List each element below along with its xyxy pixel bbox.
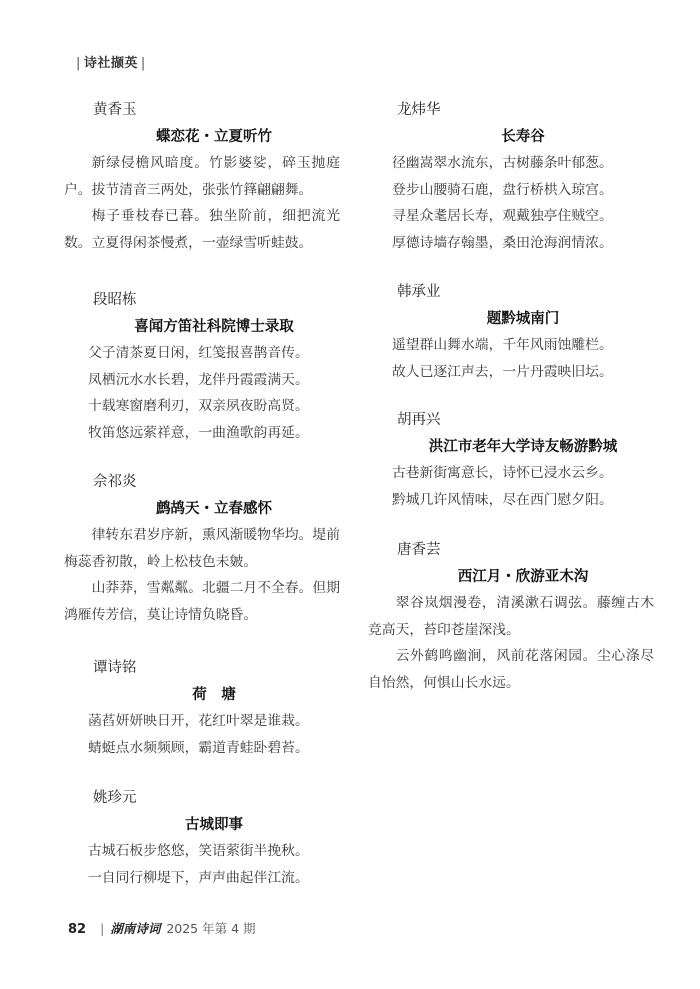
poem: 谭诗铭 荷 塘 菡萏妍妍映日开，花红叶翠是谁栽。 蜻蜓点水频频顾，霸道青蛙卧碧苔… (88, 654, 340, 784)
divider: | (100, 921, 104, 936)
poem-author: 龙炜华 (397, 96, 654, 124)
poem-title: 题黔城南门 (392, 306, 654, 332)
page-footer: 82|湖南诗词2025 年第 4 期 (68, 919, 256, 937)
poem: 段昭栋 喜闻方笛社科院博士录取 父子清茶夏日闲，红笺报喜鹊音传。 凤栖沅水水长碧… (88, 286, 340, 468)
poem-title: 荷 塘 (88, 682, 340, 708)
poem-title: 西江月・欣游亚木沟 (392, 564, 654, 590)
poem-line: 古城石板步悠悠，笑语萦街半挽秋。 (88, 838, 340, 865)
divider: | (76, 56, 81, 71)
poem-author: 段昭栋 (93, 286, 340, 314)
magazine-title: 湖南诗词 (110, 921, 160, 936)
poem-paragraph: 律转东君岁序新，熏风渐暖物华均。堤前梅蕊香初散，岭上松枝色未皴。 (64, 522, 340, 575)
poem-line: 古巷新街寓意长，诗怀已浸水云乡。 (392, 460, 654, 487)
poem-line: 寻星众耄居长寿，观戴独亭住贼空。 (392, 203, 654, 230)
divider: | (141, 56, 146, 71)
poem-title: 洪江市老年大学诗友畅游黔城 (392, 434, 654, 460)
poem: 胡再兴 洪江市老年大学诗友畅游黔城 古巷新街寓意长，诗怀已浸水云乡。 黔城几许风… (392, 406, 654, 536)
poem-author: 黄香玉 (93, 96, 340, 124)
poem-line: 牧笛悠远萦祥意，一曲渔歌韵再延。 (88, 420, 340, 447)
poem-title: 长寿谷 (392, 124, 654, 150)
poem: 韩承业 题黔城南门 遥望群山舞水端，千年风雨蚀雕栏。 故人已逐江声去，一片丹霞映… (392, 278, 654, 406)
poem-author: 唐香芸 (397, 536, 654, 564)
left-column: 黄香玉 蝶恋花・立夏听竹 新绿侵檐风暗度。竹影婆娑，碎玉抛庭户。拔节清音三两处，… (88, 96, 340, 891)
poem: 唐香芸 西江月・欣游亚木沟 翠谷岚烟漫卷，清溪漱石调弦。藤缠古木竞高天，苔印苍崖… (392, 536, 654, 696)
poem-author: 姚珍元 (93, 784, 340, 812)
poem-paragraph: 翠谷岚烟漫卷，清溪漱石调弦。藤缠古木竞高天，苔印苍崖深浅。 (368, 590, 654, 643)
poem-title: 喜闻方笛社科院博士录取 (88, 314, 340, 340)
poem-author: 韩承业 (397, 278, 654, 306)
poem: 龙炜华 长寿谷 径幽嵩翠水流东，古树藤条叶郁葱。 登步山腰骑石鹿，盘行桥栱入琼宫… (392, 96, 654, 278)
poem-title: 古城即事 (88, 812, 340, 838)
poem-title: 蝶恋花・立夏听竹 (88, 124, 340, 150)
poem-line: 黔城几许风情味，尽在西门慰夕阳。 (392, 487, 654, 514)
poem-author: 佘祁炎 (93, 468, 340, 496)
page-number: 82 (68, 922, 86, 937)
poem-author: 谭诗铭 (93, 654, 340, 682)
poem-line: 厚德诗墙存翰墨，桑田沧海润情浓。 (392, 230, 654, 257)
poem: 黄香玉 蝶恋花・立夏听竹 新绿侵檐风暗度。竹影婆娑，碎玉抛庭户。拔节清音三两处，… (88, 96, 340, 286)
poem-line: 蜻蜓点水频频顾，霸道青蛙卧碧苔。 (88, 735, 340, 762)
poem-paragraph: 云外鹤鸣幽涧，风前花落闲园。尘心涤尽自怡然，何惧山长水远。 (368, 643, 654, 696)
poem-author: 胡再兴 (397, 406, 654, 434)
poem-line: 遥望群山舞水端，千年风雨蚀雕栏。 (392, 332, 654, 359)
poem-title: 鹧鸪天・立春感怀 (88, 496, 340, 522)
poem-paragraph: 梅子垂枝春已暮。独坐阶前，细把流光数。立夏得闲茶慢煮，一壶绿雪听蛙鼓。 (64, 203, 340, 256)
poem-line: 故人已逐江声去，一片丹霞映旧坛。 (392, 359, 654, 386)
poem-line: 父子清茶夏日闲，红笺报喜鹊音传。 (88, 340, 340, 367)
poem: 佘祁炎 鹧鸪天・立春感怀 律转东君岁序新，熏风渐暖物华均。堤前梅蕊香初散，岭上松… (88, 468, 340, 654)
section-title: 诗社撷英 (84, 56, 138, 71)
poem-paragraph: 山莽莽，雪粼粼。北疆二月不全春。但期鸿雁传芳信，莫让诗情负晓昏。 (64, 575, 340, 628)
poem-line: 登步山腰骑石鹿，盘行桥栱入琼宫。 (392, 177, 654, 204)
poem-line: 十载寒窗磨利刃，双亲夙夜盼高贤。 (88, 393, 340, 420)
poem-line: 菡萏妍妍映日开，花红叶翠是谁栽。 (88, 708, 340, 735)
section-header: |诗社撷英| (73, 52, 149, 71)
poem-line: 凤栖沅水水长碧，龙伴丹霞霞满天。 (88, 367, 340, 394)
poem-paragraph: 新绿侵檐风暗度。竹影婆娑，碎玉抛庭户。拔节清音三两处，张张竹箨翩翩舞。 (64, 150, 340, 203)
poem: 姚珍元 古城即事 古城石板步悠悠，笑语萦街半挽秋。 一自同行柳堤下，声声曲起伴江… (88, 784, 340, 891)
poem-line: 一自同行柳堤下，声声曲起伴江流。 (88, 865, 340, 892)
right-column: 龙炜华 长寿谷 径幽嵩翠水流东，古树藤条叶郁葱。 登步山腰骑石鹿，盘行桥栱入琼宫… (392, 96, 654, 696)
issue-label: 2025 年第 4 期 (166, 921, 255, 936)
poem-line: 径幽嵩翠水流东，古树藤条叶郁葱。 (392, 150, 654, 177)
